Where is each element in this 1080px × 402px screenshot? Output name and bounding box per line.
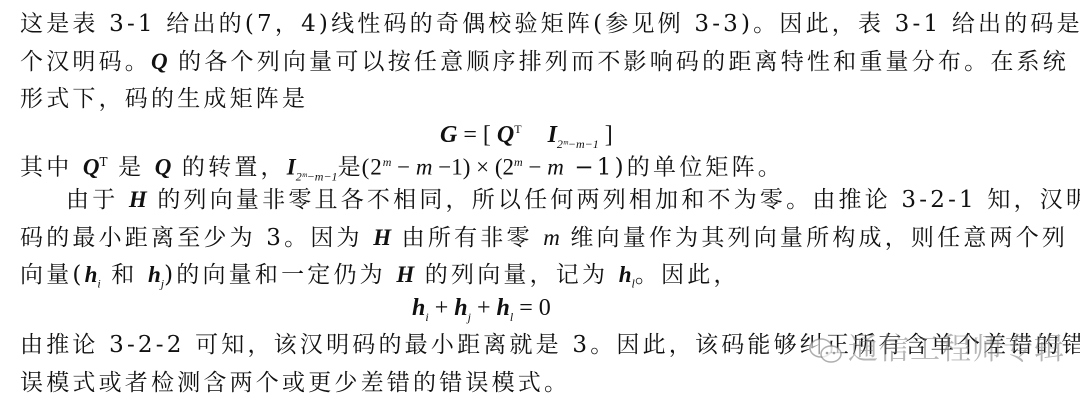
paragraph-2-line-1: 由于 H 的列向量非零且各不相同，所以任何两列相加和不为零。由推论 3-2-1 … (66, 182, 1018, 218)
watermark-text: 通信工程师专辑 (848, 332, 1065, 367)
symbol-h: h (619, 262, 632, 287)
wechat-icon (808, 336, 844, 366)
text: 。因此， (635, 262, 740, 288)
paragraph-2-line-3: 向量(hi 和 hj)的向量和一定仍为 H 的列向量，记为 hl。因此， (20, 257, 1018, 293)
symbol-q: Q (151, 49, 168, 74)
symbol-h: h (85, 262, 98, 287)
wechat-watermark: 通信工程师专辑 (808, 330, 1065, 370)
plus: + (429, 295, 455, 321)
column-sum-formula: hi + hj + hl = 0 (412, 290, 551, 326)
text: 个汉明码。 (20, 49, 151, 75)
symbol-h: H (129, 187, 147, 212)
symbol-h: h (497, 295, 510, 321)
text: 其中 (20, 155, 83, 181)
symbol-h: h (148, 262, 161, 287)
text: − (391, 155, 415, 180)
text: 向量( (20, 262, 85, 288)
paragraph-3-line-2: 误模式或者检测含两个或更少差错的错误模式。 (20, 365, 1018, 401)
paragraph-1-line-1: 这是表 3-1 给出的(7，4)线性码的奇偶校验矩阵(参见例 3-3)。因此，表… (20, 6, 1018, 42)
text: 的转置， (171, 155, 286, 181)
paragraph-2-line-2: 码的最小距离至少为 3。因为 H 由所有非零 m 维向量作为其列向量所构成，则任… (20, 220, 1018, 256)
symbol-h: h (412, 295, 425, 321)
symbol-q: Q (155, 155, 172, 180)
text: 码的最小距离至少为 3。因为 (20, 225, 373, 251)
text: 的列向量，记为 (414, 262, 618, 288)
definition-line: 其中 QT 是 Q 的转置，I2ᵐ−m−1是(2m − m −1) × (2m … (20, 144, 1018, 180)
symbol-q: Q (83, 155, 100, 180)
text: 和 (101, 262, 148, 288)
text: 的各个列向量可以按任意顺序排列而不影响码的距离特性和重量分布。在系统 (168, 49, 1069, 75)
text: − (523, 155, 547, 180)
text: 由于 (66, 187, 129, 213)
text: 维向量作为其列向量所构成，则任意两个列 (560, 225, 1068, 251)
symbol-h: H (396, 262, 414, 287)
text: 是(2 (338, 155, 383, 180)
paragraph-1-line-2: 个汉明码。Q 的各个列向量可以按任意顺序排列而不影响码的距离特性和重量分布。在系… (20, 44, 1018, 80)
symbol-m: m (416, 155, 433, 180)
text: 是 (108, 155, 155, 181)
symbol-identity: I (287, 155, 296, 180)
transpose-superscript: T (514, 122, 521, 136)
textbook-page: 这是表 3-1 给出的(7，4)线性码的奇偶校验矩阵(参见例 3-3)。因此，表… (0, 0, 1080, 402)
text: 的列向量非零且各不相同，所以任何两列相加和不为零。由推论 3-2-1 知，汉明 (147, 187, 1080, 213)
text: 由所有非零 (391, 225, 543, 251)
transpose-superscript: T (100, 155, 108, 169)
text: )的向量和一定仍为 (164, 262, 396, 288)
equals-zero: = 0 (513, 295, 551, 321)
exponent-m: m (514, 155, 523, 169)
symbol-h: h (454, 295, 467, 321)
symbol-m: m (547, 155, 564, 180)
text: −1) × (2 (433, 155, 515, 180)
text: −1)的单位矩阵。 (564, 155, 784, 181)
plus: + (471, 295, 497, 321)
symbol-h: H (373, 225, 391, 250)
generator-matrix-formula: G = [ QTI2ᵐ−m−1 ] (440, 111, 613, 147)
symbol-m: m (543, 225, 560, 250)
